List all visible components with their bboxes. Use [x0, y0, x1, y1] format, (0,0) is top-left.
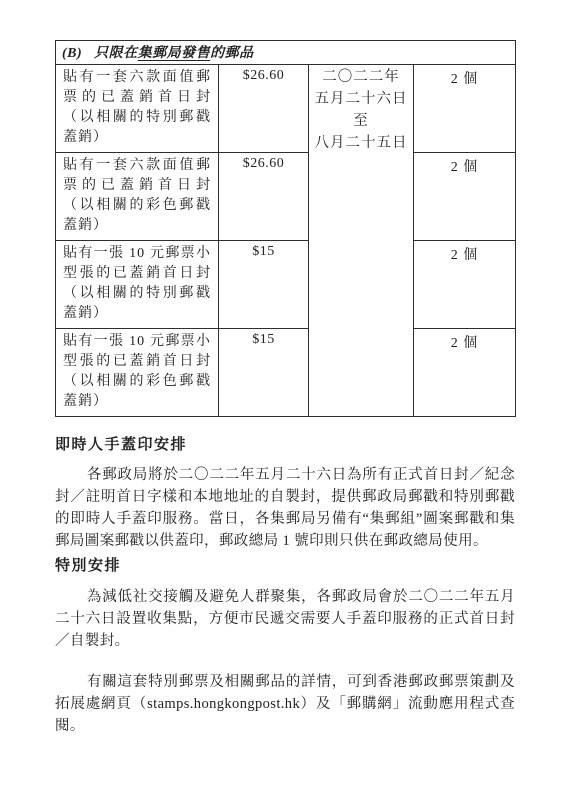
validity-line: 至 [310, 110, 412, 132]
product-qty-cell: 2 個 [414, 329, 516, 417]
section-heading-special-arrangement: 特別安排 [55, 558, 515, 574]
validity-line: 五月二十六日 [310, 88, 412, 110]
product-desc-cell: 貼有一套六款面值郵票的已蓋銷首日封 （以相關的彩色郵戳蓋銷） [56, 153, 219, 241]
validity-line: 八月二十五日 [310, 132, 412, 154]
document-page: (B)只限在集郵局發售的郵品 貼有一套六款面值郵票的已蓋銷首日封 （以相關的特別… [0, 0, 577, 805]
section-heading-handstamping: 即時人手蓋印安排 [55, 437, 515, 453]
products-table: (B)只限在集郵局發售的郵品 貼有一套六款面值郵票的已蓋銷首日封 （以相關的特別… [55, 40, 516, 417]
table-title-text: 的郵品 [210, 46, 254, 61]
product-qty-cell: 2 個 [414, 241, 516, 329]
paragraph-enquiry: 有關這套特別郵票及相關郵品的詳情，可到香港郵政郵票策劃及拓展處網頁（stamps… [55, 671, 515, 737]
table-row: 貼有一張 10 元郵票小型張的已蓋銷首日封（以相關的彩色郵戳蓋銷） $15 2 … [56, 329, 516, 417]
product-price-cell: $15 [219, 241, 309, 329]
product-qty-cell: 2 個 [414, 153, 516, 241]
product-price-cell: $15 [219, 329, 309, 417]
paragraph-special-arrangement: 為減低社交接觸及避免人群聚集，各郵政局會於二〇二二年五月二十六日設置收集點，方便… [55, 586, 515, 652]
table-title-prefix: (B) [62, 46, 82, 61]
document-content: (B)只限在集郵局發售的郵品 貼有一套六款面值郵票的已蓋銷首日封 （以相關的特別… [55, 40, 515, 737]
table-header-row: (B)只限在集郵局發售的郵品 [56, 41, 516, 65]
validity-period-cell: 二〇二二年 五月二十六日 至 八月二十五日 [309, 65, 414, 417]
product-qty-cell: 2 個 [414, 65, 516, 153]
table-title: (B)只限在集郵局發售的郵品 [56, 41, 516, 65]
table-title-underlined-text: 集郵局發售 [138, 46, 211, 61]
paragraph-handstamping: 各郵政局將於二〇二二年五月二十六日為所有正式首日封／紀念封／註明首日字樣和本地地… [55, 464, 515, 552]
product-desc-cell: 貼有一張 10 元郵票小型張的已蓋銷首日封（以相關的特別郵戳蓋銷） [56, 241, 219, 329]
product-desc-cell: 貼有一張 10 元郵票小型張的已蓋銷首日封（以相關的彩色郵戳蓋銷） [56, 329, 219, 417]
product-price-cell: $26.60 [219, 153, 309, 241]
validity-line: 二〇二二年 [310, 66, 412, 88]
product-desc-cell: 貼有一套六款面值郵票的已蓋銷首日封 （以相關的特別郵戳蓋銷） [56, 65, 219, 153]
table-row: 貼有一套六款面值郵票的已蓋銷首日封 （以相關的特別郵戳蓋銷） $26.60 二〇… [56, 65, 516, 153]
table-row: 貼有一套六款面值郵票的已蓋銷首日封 （以相關的彩色郵戳蓋銷） $26.60 2 … [56, 153, 516, 241]
product-price-cell: $26.60 [219, 65, 309, 153]
table-title-text: 只限在 [94, 46, 138, 61]
table-row: 貼有一張 10 元郵票小型張的已蓋銷首日封（以相關的特別郵戳蓋銷） $15 2 … [56, 241, 516, 329]
